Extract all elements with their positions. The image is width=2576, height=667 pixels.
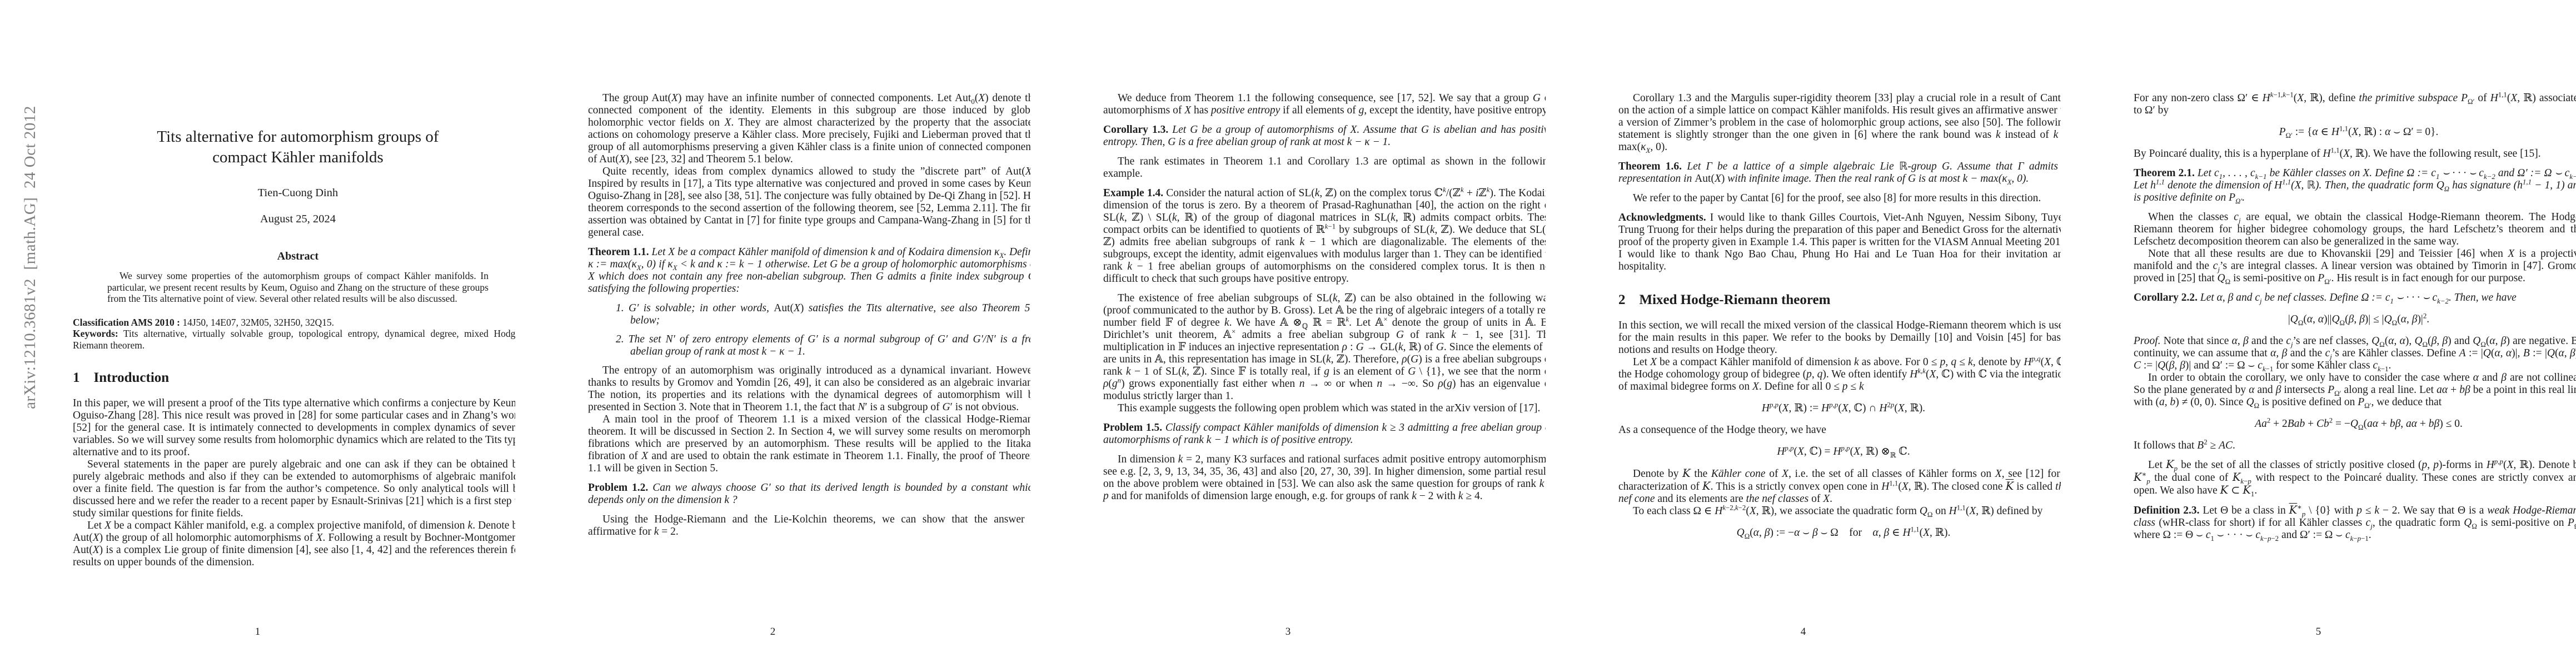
definition-2-3: Definition 2.3. Let Θ be a class in K∗p … — [2134, 504, 2576, 541]
page-5: For any non-zero class Ω′ ∈ Hk−1,k−1(X, … — [2061, 0, 2576, 667]
pdf-canvas: { "watermark": { "text": "arXiv:1210.368… — [0, 0, 2576, 667]
paragraph: The entropy of an automorphism was origi… — [588, 365, 1038, 414]
page-number: 5 — [2061, 626, 2576, 638]
paragraph: Note that all these results are due to K… — [2134, 248, 2576, 285]
section-heading-mixed-hodge-riemann: 2 Mixed Hodge-Riemann theorem — [1618, 292, 2069, 308]
paragraph: This example suggests the following open… — [1103, 402, 1553, 415]
paragraph: Denote by K the Kähler cone of X, i.e. t… — [1618, 467, 2069, 505]
paragraph: Using the Hodge-Riemann and the Lie-Kolc… — [588, 514, 1038, 538]
page-3-column: We deduce from Theorem 1.1 the following… — [1103, 92, 1553, 502]
arxiv-watermark: arXiv:1210.3681v2 [math.AG] 24 Oct 2012 — [21, 46, 40, 469]
section-heading-introduction: 1 Introduction — [73, 370, 523, 386]
paragraph: Let X be a compact Kähler manifold of di… — [1618, 356, 2069, 393]
paragraph: Several statements in the paper are pure… — [73, 459, 523, 520]
paper-author: Tien-Cuong Dinh — [73, 187, 523, 200]
theorem-2-1: Theorem 2.1. Let c1, . . . , ck−1 be Käh… — [2134, 167, 2576, 204]
example-1-4: Example 1.4. Consider the natural action… — [1103, 187, 1553, 285]
paragraph: For any non-zero class Ω′ ∈ Hk−1,k−1(X, … — [2134, 92, 2576, 117]
page-4: Corollary 1.3 and the Margulis super-rig… — [1546, 0, 2061, 667]
page-number: 3 — [1030, 626, 1546, 638]
abstract-heading: Abstract — [73, 250, 523, 263]
paragraph: When the classes cj are equal, we obtain… — [2134, 211, 2576, 248]
page-1: arXiv:1210.3681v2 [math.AG] 24 Oct 2012 … — [0, 0, 515, 667]
page-number: 2 — [515, 626, 1030, 638]
page-3: We deduce from Theorem 1.1 the following… — [1030, 0, 1546, 667]
abstract-text: We survey some properties of the automor… — [107, 270, 489, 305]
page-2-column: The group Aut(X) may have an infinite nu… — [588, 92, 1038, 538]
equation: Hp,p(X, ℂ) = Hp,p(X, ℝ) ⊗ℝ ℂ. — [1618, 445, 2069, 459]
equation: QΩ(α, β) := −α ⌣ β ⌣ Ω for α, β ∈ H1,1(X… — [1618, 526, 2069, 540]
paragraph: The existence of free abelian subgroups … — [1103, 292, 1553, 402]
paragraph: We deduce from Theorem 1.1 the following… — [1103, 92, 1553, 117]
paragraph: To each class Ω ∈ Hk−2,k−2(X, ℝ), we ass… — [1618, 505, 2069, 517]
page-number: 1 — [0, 626, 515, 638]
paragraph: In this paper, we will present a proof o… — [73, 397, 523, 459]
paragraph: Let Kp be the set of all the classes of … — [2134, 459, 2576, 497]
theorem-list-item: 1. G′ is solvable; in other words, Aut(X… — [630, 302, 1038, 327]
page-4-column: Corollary 1.3 and the Margulis super-rig… — [1618, 92, 2069, 549]
equation: PΩ′ := {α ∈ H1,1(X, ℝ) : α ⌣ Ω′ = 0}. — [2134, 126, 2576, 139]
paragraph: In dimension k = 2, many K3 surfaces and… — [1103, 454, 1553, 502]
proof-conclusion: It follows that B2 ≥ AC.□ — [2134, 440, 2576, 452]
acknowledgments: Acknowledgments. I would like to thank G… — [1618, 212, 2069, 273]
page-5-column: For any non-zero class Ω′ ∈ Hk−1,k−1(X, … — [2134, 92, 2576, 549]
paragraph: The rank estimates in Theorem 1.1 and Co… — [1103, 156, 1553, 180]
paragraph: A main tool in the proof of Theorem 1.1 … — [588, 414, 1038, 475]
paragraph: Corollary 1.3 and the Margulis super-rig… — [1618, 92, 2069, 153]
equation: Hp,p(X, ℝ) := Hp,p(X, ℂ) ∩ H2p(X, ℝ). — [1618, 402, 2069, 415]
paragraph: By Poincaré duality, this is a hyperplan… — [2134, 148, 2576, 160]
equation: Aa2 + 2Bab + Cb2 = −QΩ(aα + bβ, aα + bβ)… — [2134, 417, 2576, 431]
theorem-1-6: Theorem 1.6. Let Γ be a lattice of a sim… — [1618, 161, 2069, 185]
page-number: 4 — [1546, 626, 2061, 638]
ams-classification: Classification AMS 2010 : 14J50, 14E07, … — [73, 317, 523, 328]
proof-paragraph: In order to obtain the corollary, we onl… — [2134, 372, 2576, 409]
proof-paragraph: Proof. Note that since α, β and the cj’s… — [2134, 335, 2576, 372]
corollary-1-3: Corollary 1.3. Let G be a group of autom… — [1103, 124, 1553, 148]
paragraph: As a consequence of the Hodge theory, we… — [1618, 424, 2069, 436]
problem-1-5: Problem 1.5. Classify compact Kähler man… — [1103, 422, 1553, 446]
page-2: The group Aut(X) may have an infinite nu… — [515, 0, 1030, 667]
problem-1-2: Problem 1.2. Can we always choose G′ so … — [588, 482, 1038, 506]
keywords: Keywords: Tits alternative, virtually so… — [73, 328, 523, 351]
theorem-1-1: Theorem 1.1. Let X be a compact Kähler m… — [588, 246, 1038, 295]
paragraph: In this section, we will recall the mixe… — [1618, 320, 2069, 356]
paragraph: Quite recently, ideas from complex dynam… — [588, 166, 1038, 239]
equation: |QΩ(α, α)||QΩ(β, β)| ≤ |QΩ(α, β)|2. — [2134, 313, 2576, 326]
paper-title: Tits alternative for automorphism groups… — [73, 127, 523, 168]
paragraph: Let X be a compact Kähler manifold, e.g.… — [73, 520, 523, 569]
page-1-column: Tits alternative for automorphism groups… — [73, 127, 523, 569]
paper-date: August 25, 2024 — [73, 213, 523, 226]
theorem-list-item: 2. The set N′ of zero entropy elements o… — [630, 333, 1038, 358]
corollary-2-2: Corollary 2.2. Let α, β and cj be nef cl… — [2134, 292, 2576, 304]
paragraph: We refer to the paper by Cantat [6] for … — [1618, 192, 2069, 205]
paragraph: The group Aut(X) may have an infinite nu… — [588, 92, 1038, 166]
